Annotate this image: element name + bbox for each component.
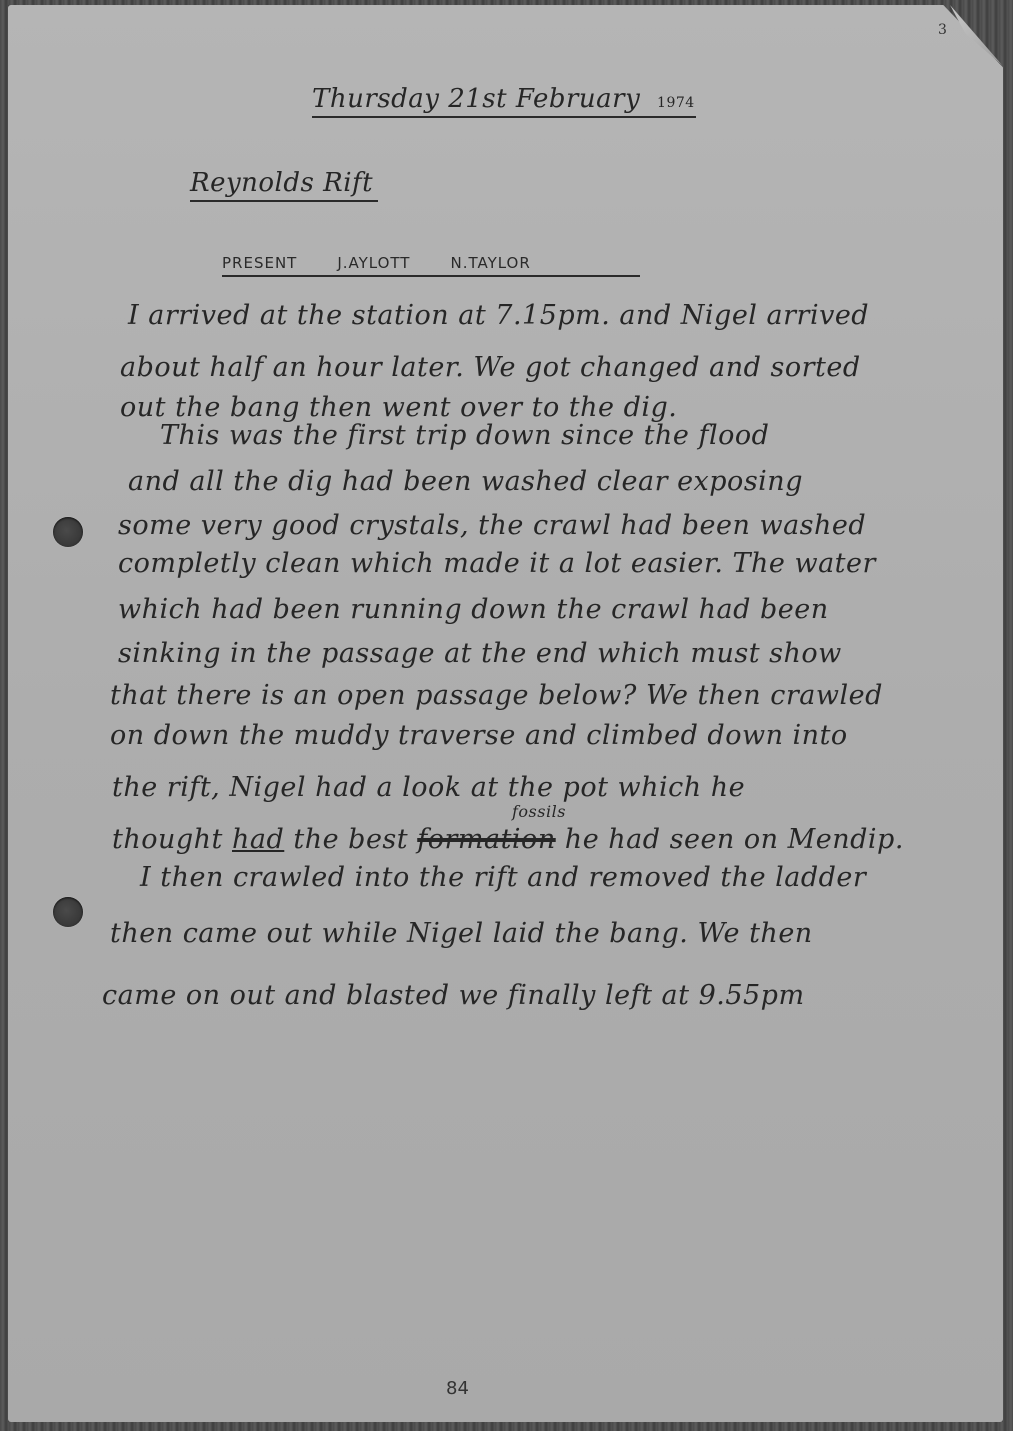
- title-year: 1974: [657, 95, 695, 111]
- present-name-2: N.TAYLOR: [450, 254, 530, 272]
- text-line-7: completly clean which made it a lot easi…: [118, 548, 876, 579]
- text-line-2: about half an hour later. We got changed…: [120, 352, 861, 383]
- text-line-12: the rift, Nigel had a look at the pot wh…: [112, 772, 745, 803]
- page-number: 84: [446, 1378, 469, 1399]
- inserted-word: fossils: [512, 802, 566, 821]
- text-line-8: which had been running down the crawl ha…: [118, 594, 829, 625]
- text-line-9: sinking in the passage at the end which …: [118, 638, 842, 669]
- text-line-5: and all the dig had been washed clear ex…: [128, 466, 803, 497]
- text-line-1: I arrived at the station at 7.15pm. and …: [128, 300, 869, 331]
- present-name-1: J.AYLOTT: [337, 254, 410, 272]
- line13-underlined-word: had: [232, 824, 284, 855]
- text-line-11: on down the muddy traverse and climbed d…: [110, 720, 848, 751]
- title-date: Thursday 21st February: [312, 84, 640, 114]
- text-line-16: came on out and blasted we finally left …: [102, 980, 805, 1011]
- present-label: PRESENT: [222, 254, 297, 272]
- text-line-15: then came out while Nigel laid the bang.…: [110, 918, 813, 949]
- punch-hole-bottom: [53, 897, 83, 927]
- text-line-6: some very good crystals, the crawl had b…: [118, 510, 866, 541]
- text-line-14: I then crawled into the rift and removed…: [140, 862, 866, 893]
- line13-after: he had seen on Mendip.: [556, 824, 904, 855]
- line13-middle: the best: [284, 824, 417, 855]
- text-line-13: thought had the best formation he had se…: [112, 824, 904, 855]
- line13-before: thought: [112, 824, 232, 855]
- corner-page-mark: 3: [938, 22, 947, 38]
- text-line-4: This was the first trip down since the f…: [160, 420, 769, 451]
- paper-sheet: [8, 5, 1003, 1422]
- location-heading: Reynolds Rift: [190, 168, 378, 202]
- struck-out-word: formation: [417, 824, 556, 855]
- text-line-10: that there is an open passage below? We …: [110, 680, 883, 711]
- page-title: Thursday 21st February 1974: [312, 84, 696, 118]
- present-line: PRESENT J.AYLOTT N.TAYLOR: [222, 254, 640, 277]
- text-line-3: out the bang then went over to the dig.: [120, 392, 677, 423]
- punch-hole-top: [53, 517, 83, 547]
